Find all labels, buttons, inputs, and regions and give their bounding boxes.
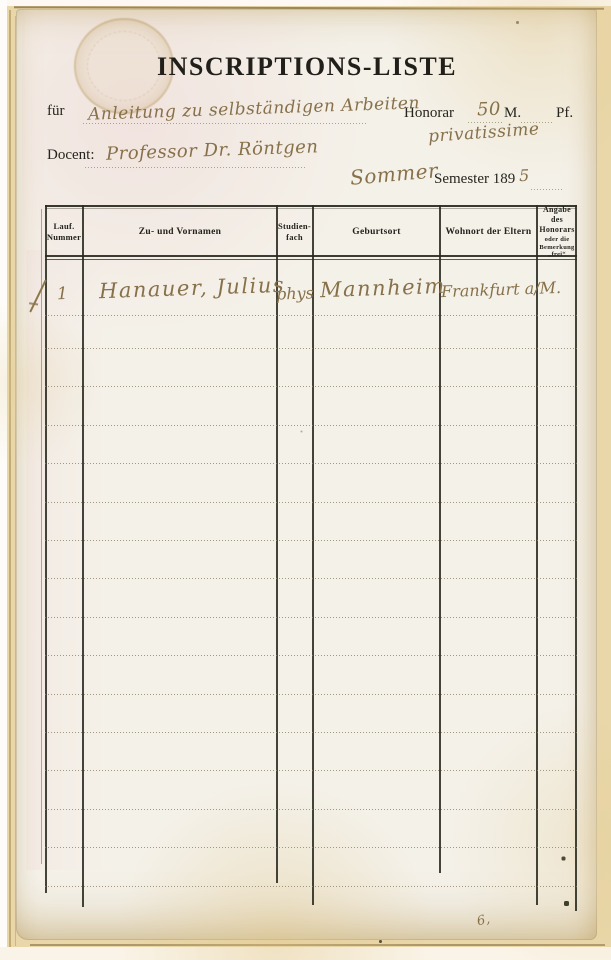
- table-column-line: [575, 205, 577, 911]
- row-birthplace: Mannheim: [320, 274, 446, 302]
- header-bottom-rule: [45, 255, 577, 257]
- mark-label: M.: [504, 105, 521, 122]
- honorar-amount-handwriting: 50: [477, 99, 502, 121]
- table-column-line: [312, 205, 314, 905]
- table-row-line: [45, 348, 577, 349]
- table-column-line: [536, 205, 538, 905]
- ink-specks: [0, 0, 1, 1]
- table-row-line: [45, 425, 577, 426]
- table-column-line: [41, 209, 42, 864]
- page-title: INSCRIPTIONS-LISTE: [157, 52, 457, 82]
- header-studienfach: Studien- fach: [278, 209, 311, 255]
- semester-label: Semester 189: [434, 171, 515, 188]
- table-top-border: [45, 205, 577, 207]
- table-column-line: [439, 205, 441, 873]
- header-bottom-rule: [45, 259, 577, 260]
- table-column-line: [82, 205, 84, 907]
- page-bottom-edge: [30, 944, 605, 946]
- table-row-line: [45, 886, 577, 887]
- table-row-line: [45, 847, 577, 848]
- honorar-label: Honorar: [404, 105, 454, 122]
- docent-rule: [85, 167, 305, 168]
- table-row-line: [45, 386, 577, 387]
- header-geburtsort: Geburtsort: [315, 209, 438, 255]
- page-edge-line: [9, 10, 11, 948]
- row-number: 1: [57, 284, 69, 304]
- row-parents-residence: Frankfurt a/M.: [441, 278, 562, 301]
- docent-label: Docent:: [47, 147, 94, 164]
- table-column-line: [276, 205, 278, 883]
- row-name: Hanauer, Julius: [99, 273, 286, 303]
- row-subject: phys: [276, 283, 314, 303]
- scanned-document-photo: INSCRIPTIONS-LISTE für Anleitung zu selb…: [0, 0, 611, 960]
- fuer-label: für: [47, 103, 65, 120]
- header-lauf-nummer: Lauf. Nummer: [47, 209, 81, 255]
- photo-margin-bottom: [0, 947, 611, 960]
- semester-year-handwriting: 5: [519, 166, 530, 185]
- inscription-table: Lauf. Nummer Zu- und Vornamen Studien- f…: [45, 205, 577, 911]
- page-edge-line: [15, 16, 16, 946]
- table-row-line: [45, 578, 577, 579]
- table-row-line: [45, 463, 577, 464]
- photo-margin-left: [0, 0, 7, 960]
- table-row-line: [45, 694, 577, 695]
- table-row-line: [45, 809, 577, 810]
- table-row-line: [45, 502, 577, 503]
- header-zu-und-vornamen: Zu- und Vornamen: [85, 209, 275, 255]
- table-row-line: [45, 617, 577, 618]
- semester-rule: [531, 189, 563, 190]
- table-column-line: [45, 205, 47, 893]
- photo-margin-top: [0, 0, 611, 6]
- table-row-line: [45, 540, 577, 541]
- header-angabe-main: Angabe des Honorars: [539, 205, 575, 235]
- header-wohnort-der-eltern: Wohnort der Eltern: [442, 209, 535, 255]
- table-row-line: [45, 655, 577, 656]
- table-row-line: [45, 732, 577, 733]
- table-row-line: [45, 770, 577, 771]
- corner-ink-mark: 6,: [476, 912, 492, 929]
- pfennig-label: Pf.: [556, 105, 573, 122]
- header-angabe-des-honorars: Angabe des Honorars oder die Bemerkung „…: [539, 209, 575, 255]
- table-row-line: [45, 315, 577, 316]
